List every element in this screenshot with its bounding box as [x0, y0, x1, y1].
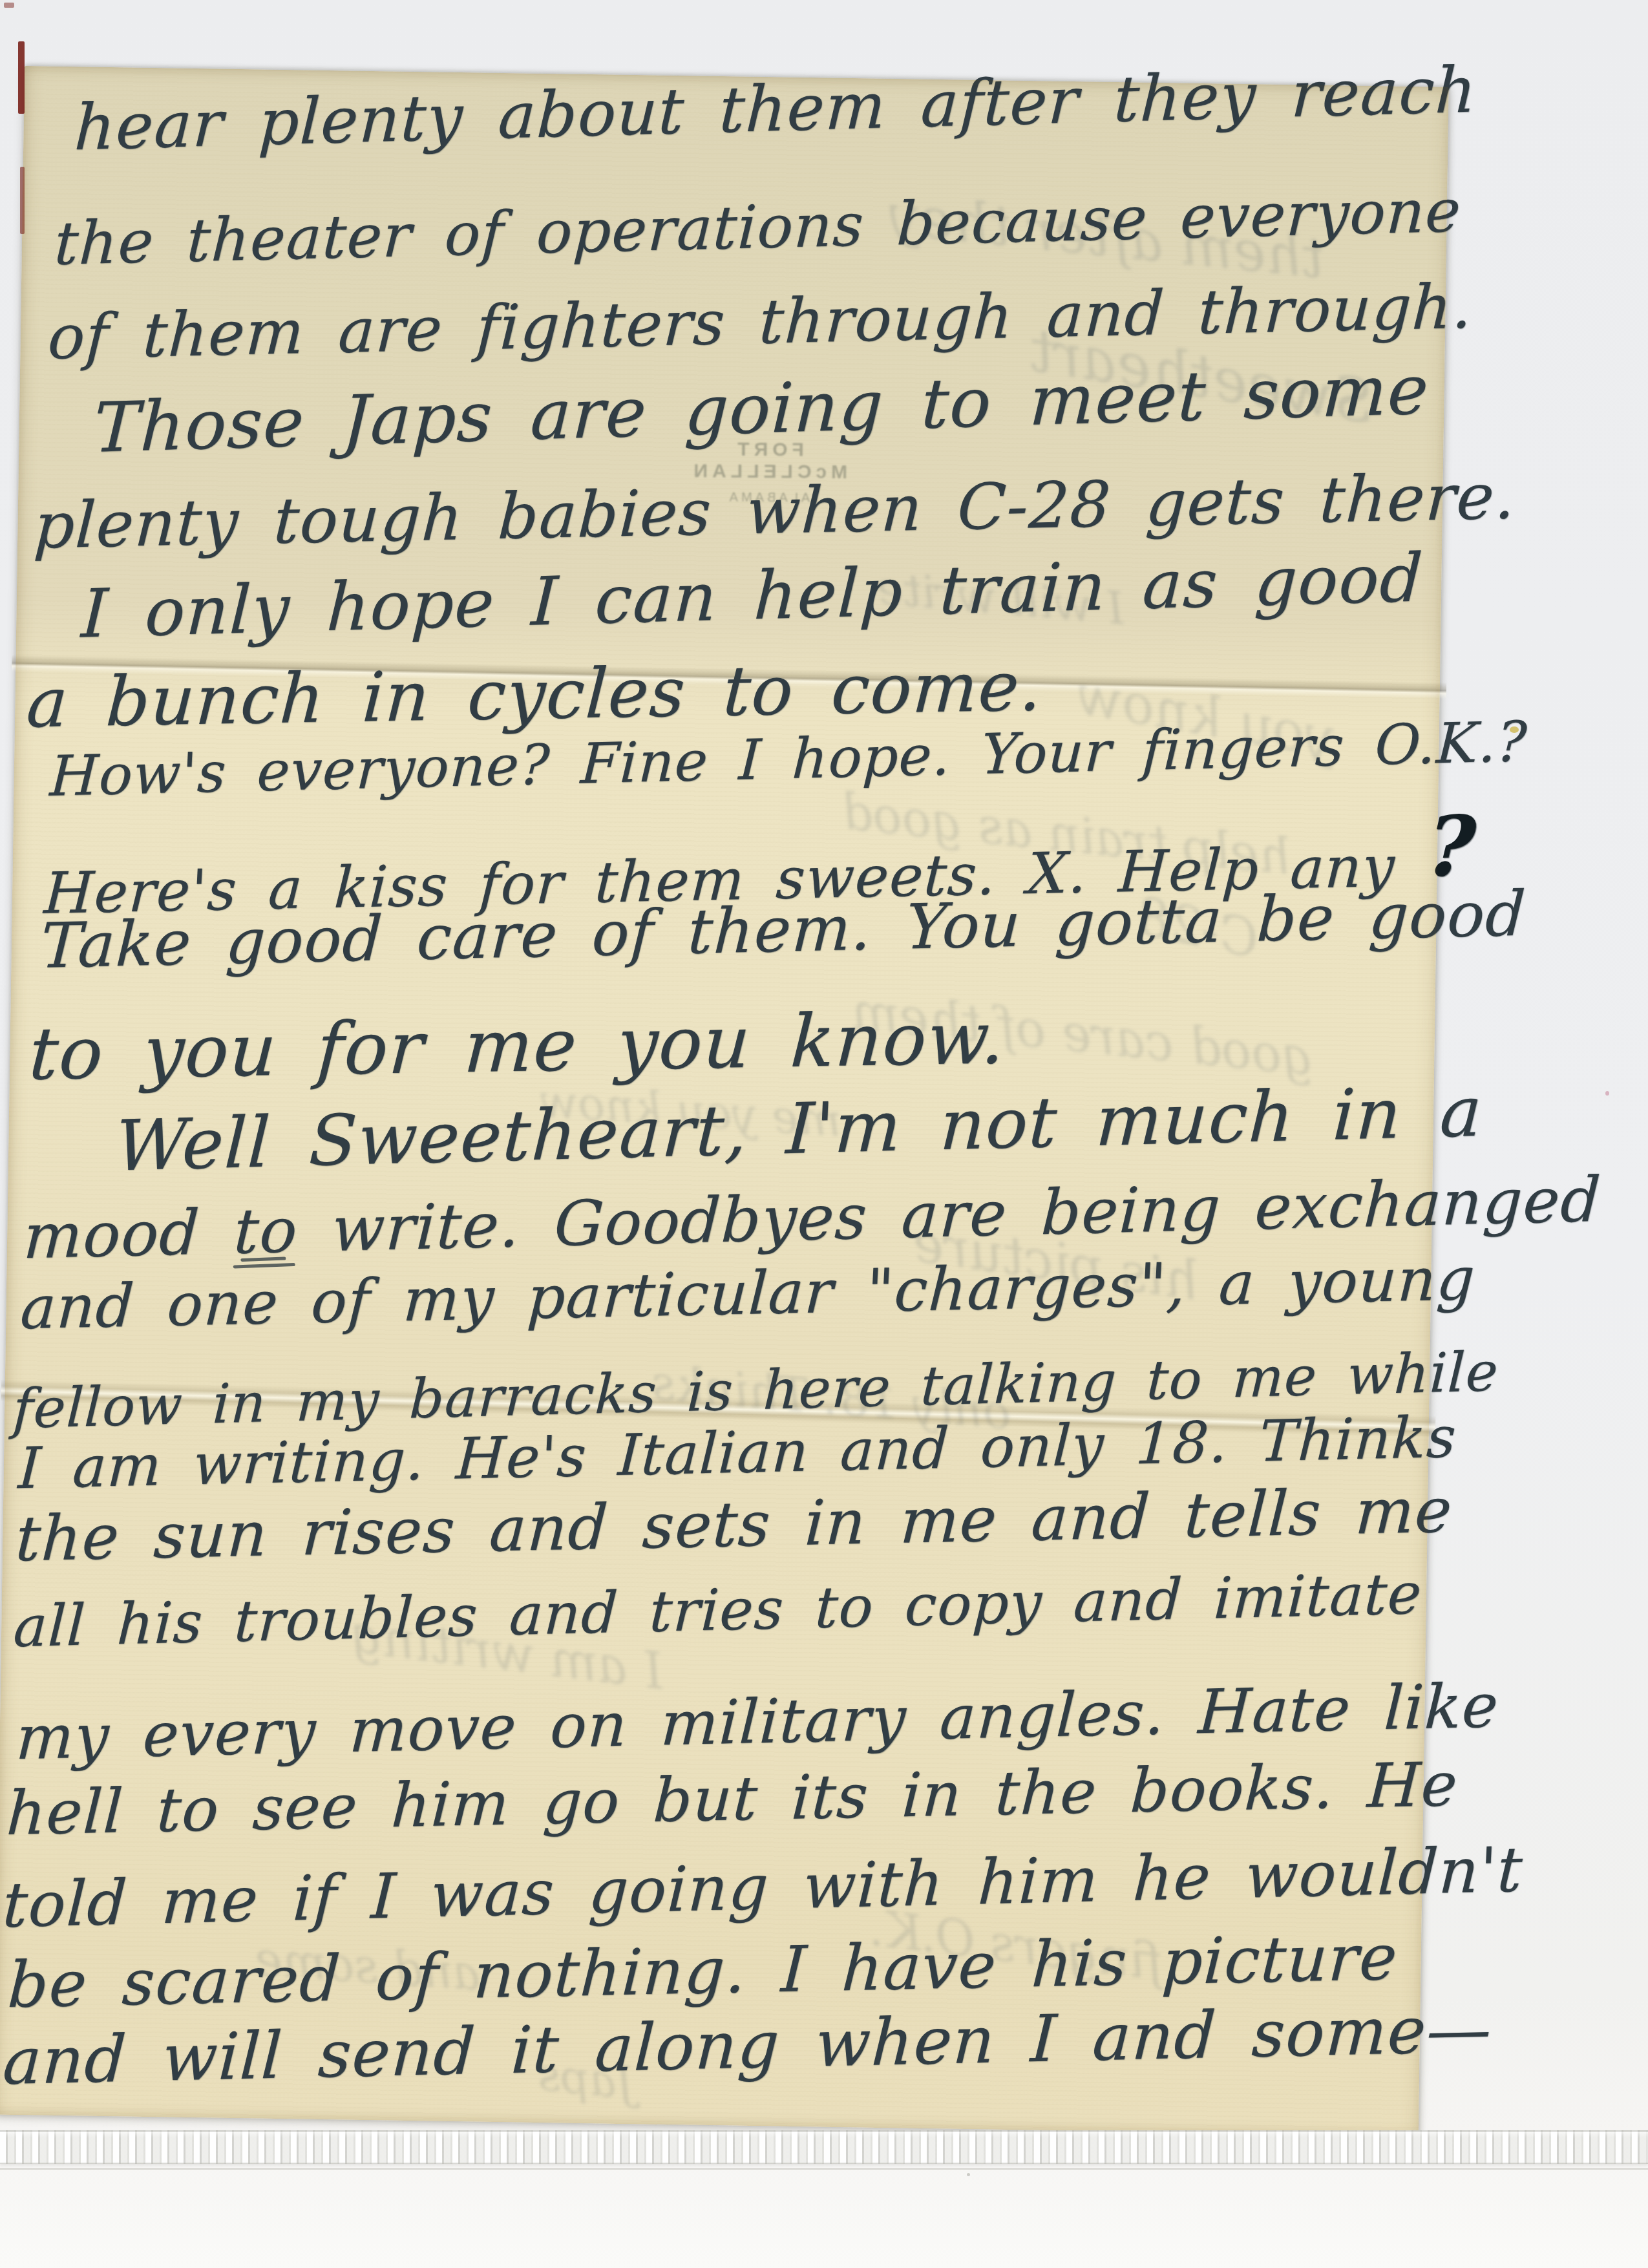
dust-speck: [1510, 726, 1519, 733]
letter-line-6: I only hope I can help train as good: [80, 545, 1425, 648]
letter-line-12: Well Sweetheart, I'm not much in a: [114, 1077, 1484, 1182]
letter-sheet: FORT McCLELLAN ALABAMA them after theySw…: [0, 66, 1449, 2136]
line-text: to you for me you know.: [27, 996, 1008, 1096]
scan-artifact-red-mark: [20, 167, 25, 234]
scanned-letter-page: FORT McCLELLAN ALABAMA them after theySw…: [0, 0, 1648, 2268]
scan-artifact-red-mark: [18, 41, 25, 114]
letter-line-1: hear plenty about them after they reach: [73, 58, 1478, 160]
line-text: hear plenty about them after they reach: [73, 53, 1479, 165]
dust-speck: [967, 2173, 970, 2176]
sheet-protector-bump-strip: [0, 2130, 1648, 2164]
handwriting-layer: hear plenty about them after they reacht…: [25, 66, 1449, 87]
letter-line-18: all his troubles and tries to copy and i…: [12, 1565, 1424, 1655]
letter-line-11: to you for me you know.: [27, 1002, 1008, 1090]
line-text: all his troubles and tries to copy and i…: [12, 1560, 1423, 1660]
sheet-protector-fold-edge: [0, 2168, 1648, 2170]
letter-line-4: Those Japs are going to meet some: [92, 355, 1430, 463]
dust-speck: [1605, 1091, 1609, 1096]
letter-line-21: told me if I was going with him he would…: [1, 1838, 1525, 1936]
scan-artifact-red-mark: [4, 3, 14, 8]
